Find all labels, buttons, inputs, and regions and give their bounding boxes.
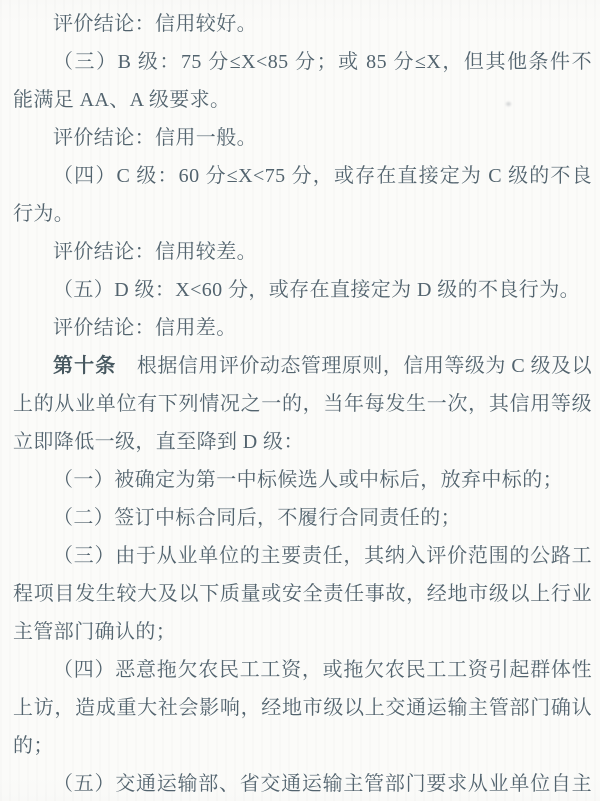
text-line-rest: 根据信用评价动态管理原则，信用等级为 C 级及以 [116,355,592,377]
text-line: 评价结论：信用差。 [13,309,592,347]
text-line: 评价结论：信用一般。 [13,119,592,157]
text-line: 能满足 AA、A 级要求。 [13,81,592,119]
text-line: 程项目发生较大及以下质量或安全责任事故，经地市级以上行业 [13,575,592,613]
text-line: 立即降低一级，直至降到 D 级： [13,423,592,461]
article-number: 第十条 [53,355,116,377]
text-line: （五）D 级：X<60 分，或存在直接定为 D 级的不良行为。 [13,271,592,309]
text-line: （三）B 级：75 分≤X<85 分；或 85 分≤X，但其他条件不 [13,43,592,81]
text-line: 上访，造成重大社会影响，经地市级以上交通运输主管部门确认 [13,689,592,727]
text-line: 上的从业单位有下列情况之一的，当年每发生一次，其信用等级 [13,385,592,423]
text-line: 评价结论：信用较好。 [13,5,592,43]
text-line: （五）交通运输部、省交通运输主管部门要求从业单位自主 [13,765,592,801]
text-line: 主管部门确认的； [13,613,592,651]
text-line: （三）由于从业单位的主要责任，其纳入评价范围的公路工 [13,537,592,575]
text-line: （二）签订中标合同后，不履行合同责任的； [13,499,592,537]
text-line: 第十条 根据信用评价动态管理原则，信用等级为 C 级及以 [13,347,592,385]
text-line: 的； [13,727,592,765]
text-line: 行为。 [13,195,592,233]
text-line: （一）被确定为第一中标候选人或中标后，放弃中标的； [13,461,592,499]
text-line: （四）C 级：60 分≤X<75 分，或存在直接定为 C 级的不良 [13,157,592,195]
text-line: 评价结论：信用较差。 [13,233,592,271]
document-page: 评价结论：信用较好。（三）B 级：75 分≤X<85 分；或 85 分≤X，但其… [0,0,600,801]
text-line: （四）恶意拖欠农民工工资，或拖欠农民工工资引起群体性 [13,651,592,689]
